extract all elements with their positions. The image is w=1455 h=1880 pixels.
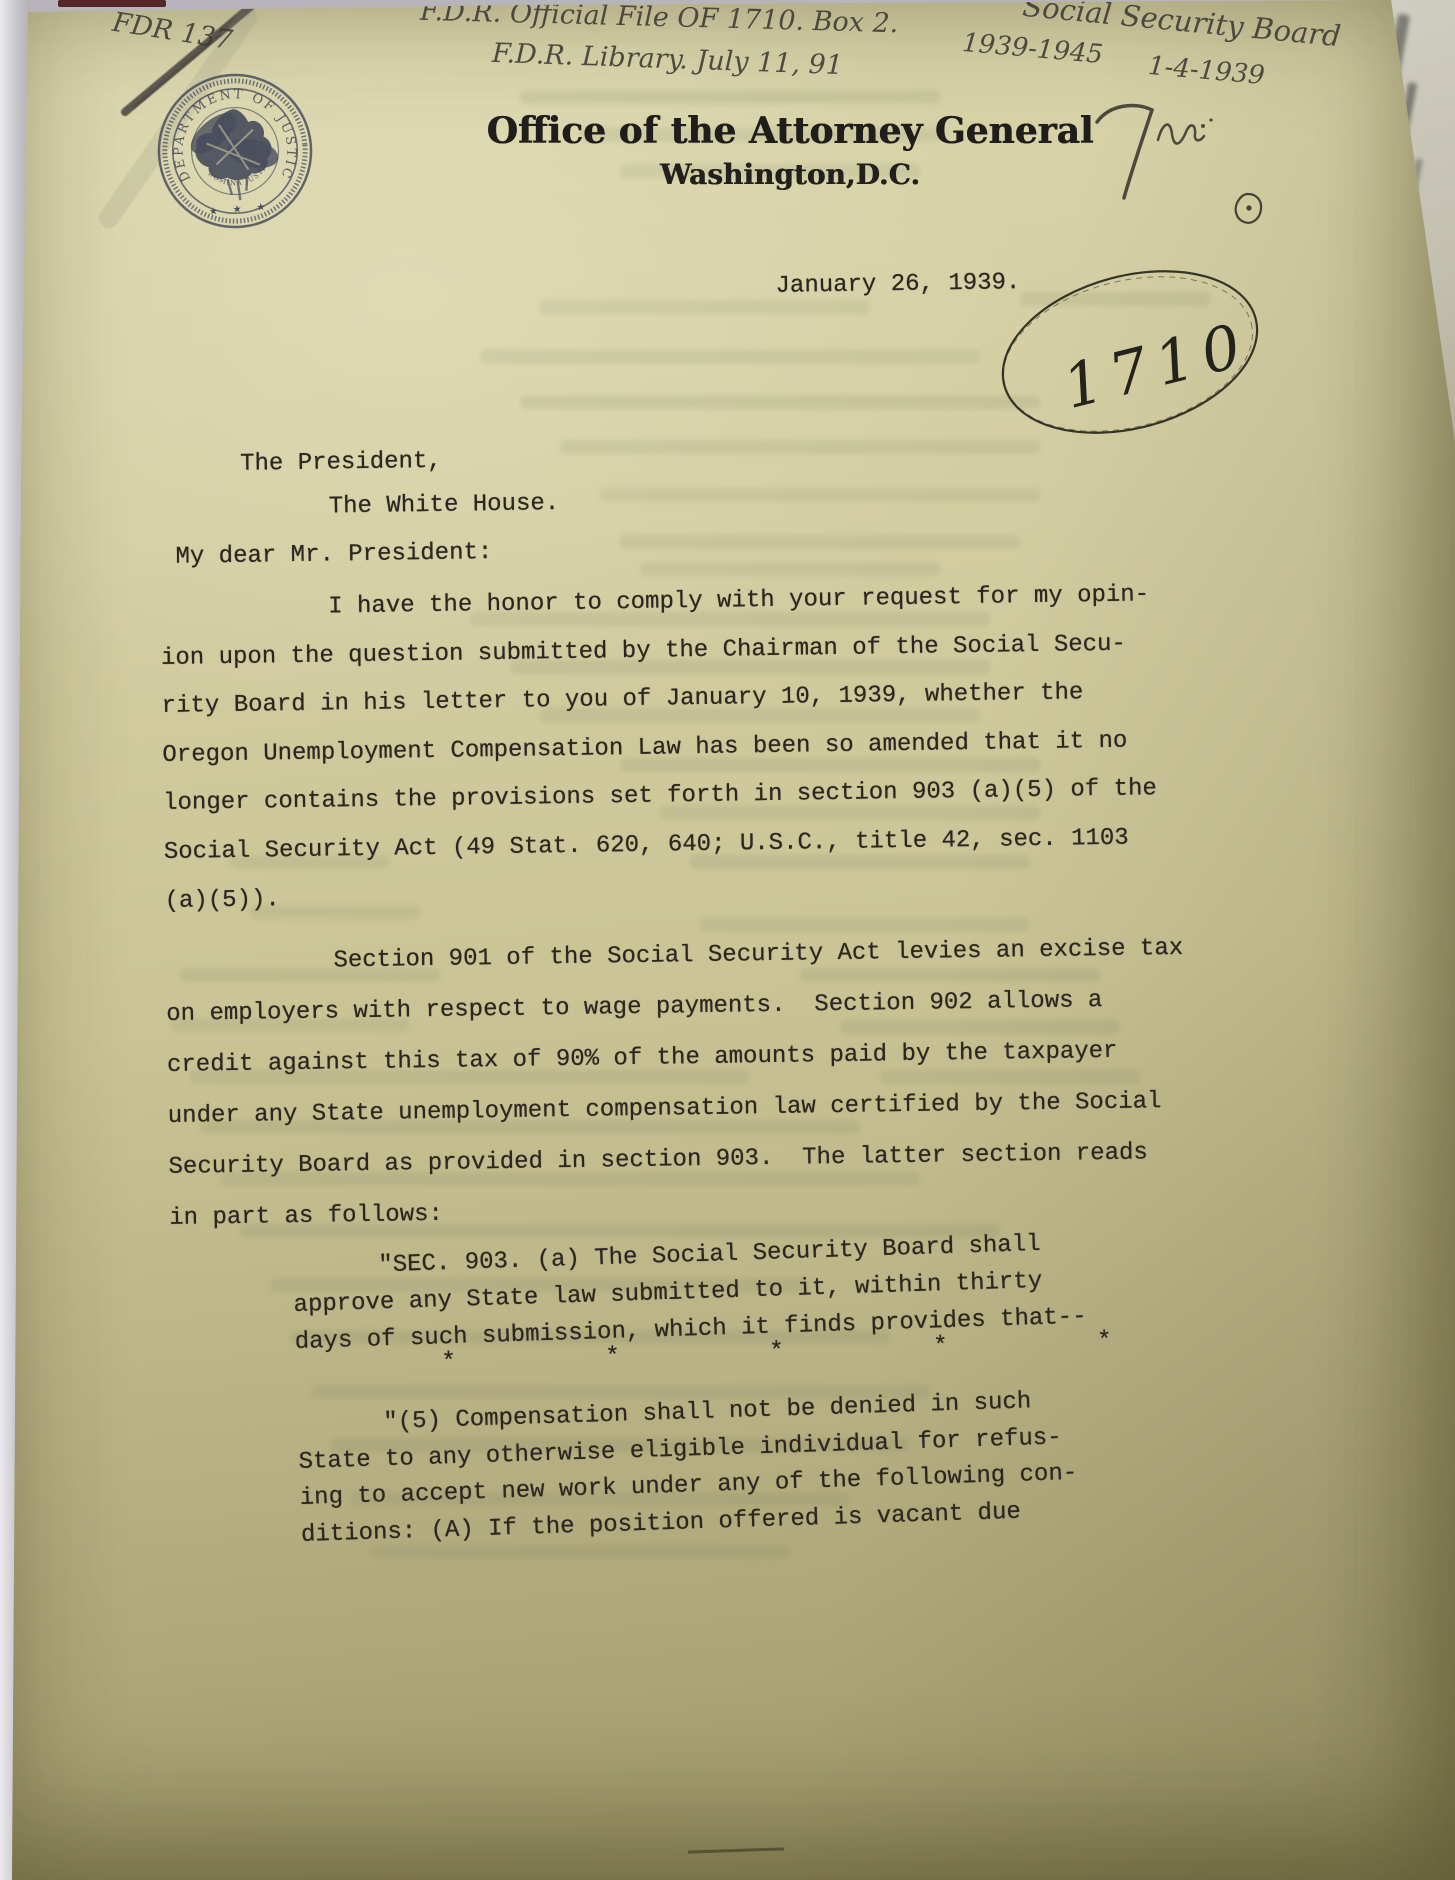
background-object-sliver <box>58 0 166 7</box>
quote-clause-5: "(5) Compensation shall not be denied in… <box>297 1383 1079 1554</box>
typed-letter-body: January 26, 1939. The President,The Whit… <box>0 0 1455 1880</box>
letter-page: FDR 137 F.D.R. Official File OF 1710. Bo… <box>0 0 1455 1880</box>
quoted-statute-block: "SEC. 903. (a) The Social Security Board… <box>0 0 1446 707</box>
paragraph-2: Section 901 of the Social Security Act l… <box>165 923 1187 1244</box>
scan-photo: FDR 137 F.D.R. Official File OF 1710. Bo… <box>0 0 1455 1880</box>
